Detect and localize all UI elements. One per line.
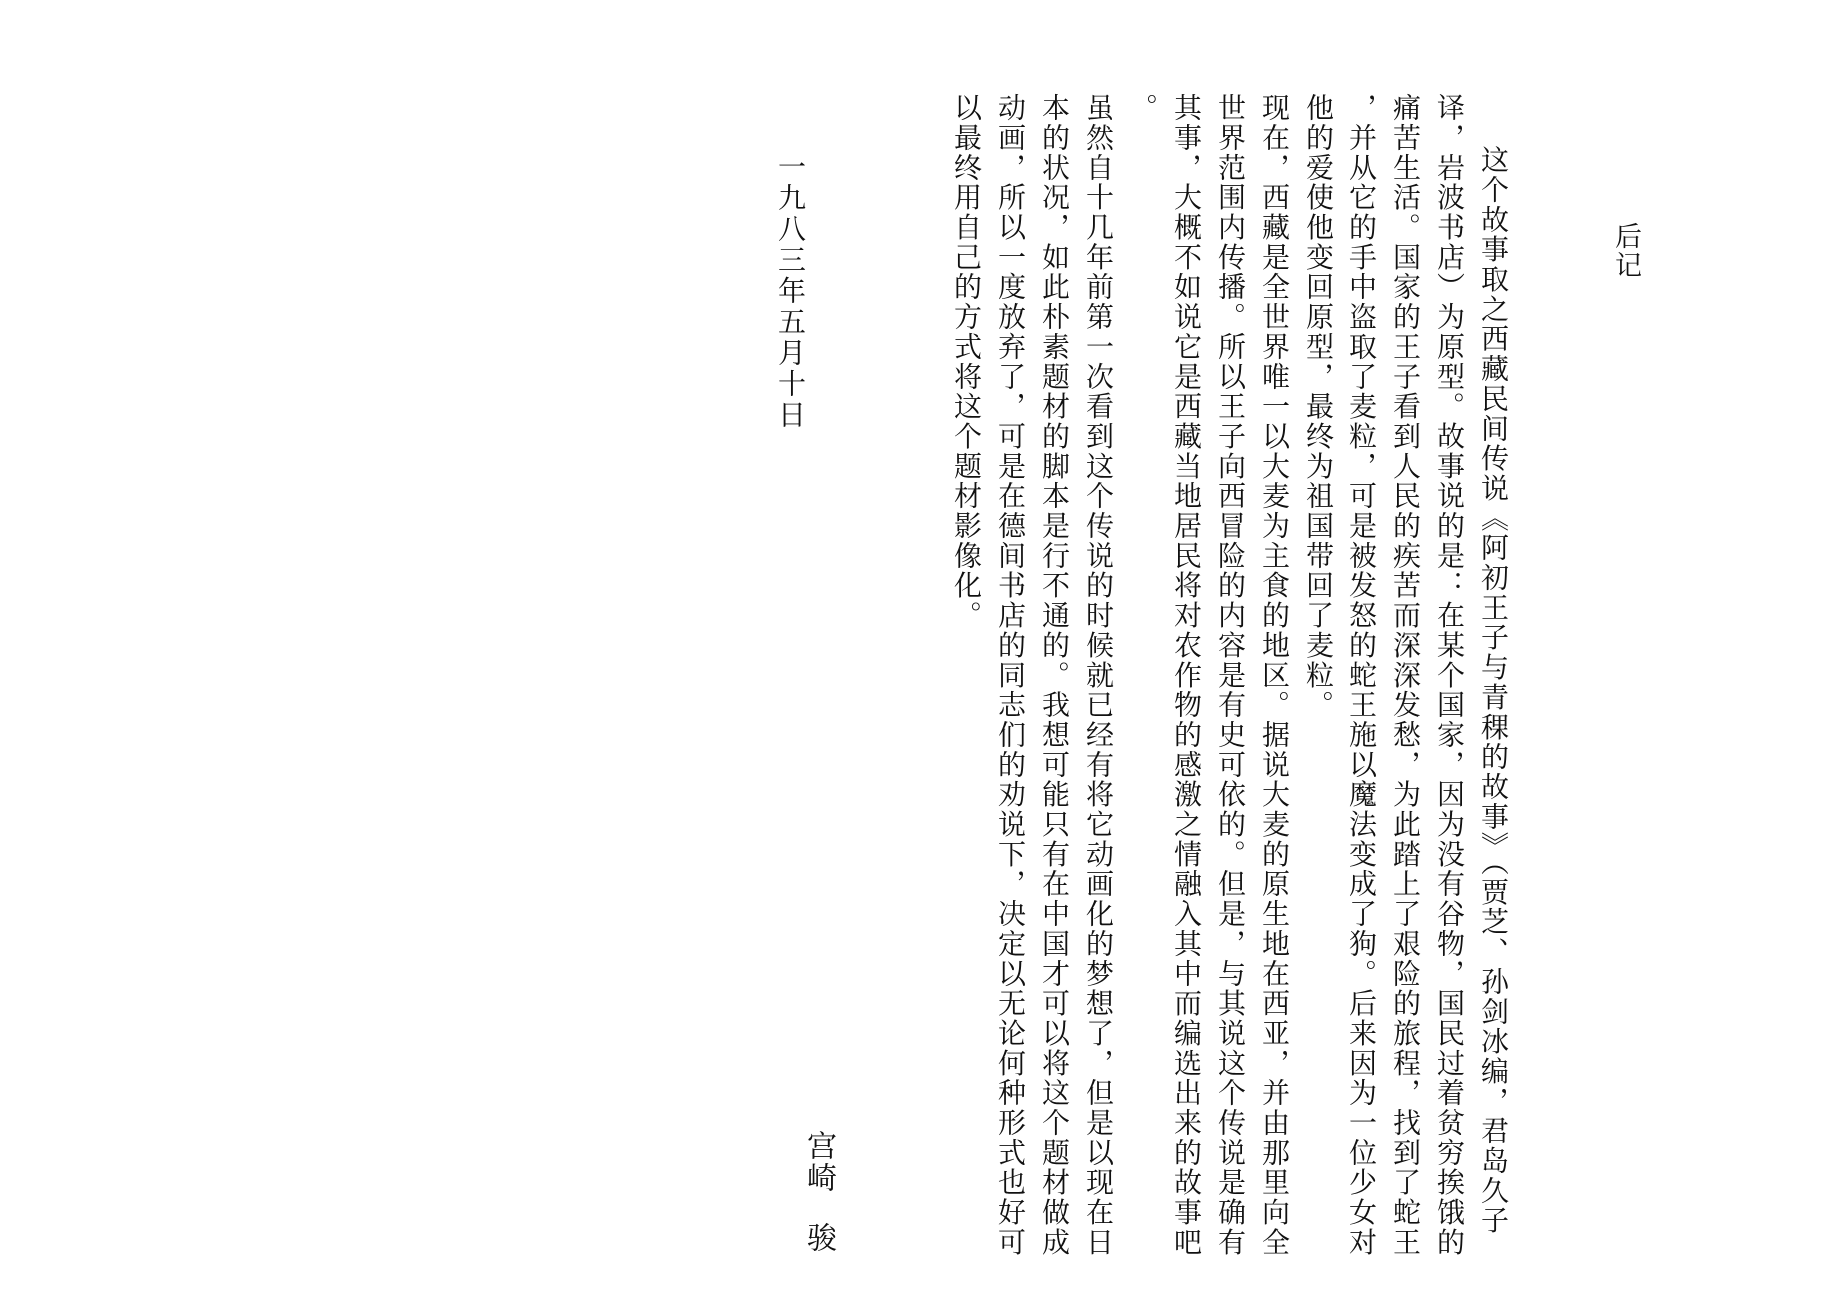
text-column-8: 其事，大概不如说它是西藏当地居民将对农作物的感激之情融入其中而编选出来的故事吧 xyxy=(1170,93,1200,1257)
text-column-1: 这个故事取之西藏民间传说《阿初王子与青稞的故事》（贾芝、孙剑冰编，君岛久子 xyxy=(1477,145,1507,1235)
text-column-10: 虽然自十几年前第一次看到这个传说的时候就已经有将它动画化的梦想了，但是以现在日 xyxy=(1082,93,1112,1257)
text-column-12: 动画，所以一度放弃了，可是在德间书店的同志们的劝说下，决定以无论何种形式也好可 xyxy=(994,93,1024,1257)
text-column-11: 本的状况，如此朴素题材的脚本是行不通的。我想可能只有在中国才可以将这个题材做成 xyxy=(1038,93,1068,1257)
document-page: 后记 这个故事取之西藏民间传说《阿初王子与青稞的故事》（贾芝、孙剑冰编，君岛久子… xyxy=(0,0,1843,1314)
text-column-13: 以最终用自己的方式将这个题材影像化。 xyxy=(950,93,980,630)
text-column-9: 。 xyxy=(1126,93,1156,123)
author-surname: 宫崎 xyxy=(801,1130,836,1194)
text-column-2: 译，岩波书店）为原型。故事说的是：在某个国家，因为没有谷物，国民过着贫穷挨饿的 xyxy=(1433,93,1463,1257)
text-column-3: 痛苦生活。国家的王子看到人民的疾苦而深深发愁，为此踏上了艰险的旅程，找到了蛇王 xyxy=(1389,93,1419,1257)
text-column-6: 现在，西藏是全世界唯一以大麦为主食的地区。据说大麦的原生地在西亚，并由那里向全 xyxy=(1258,93,1288,1257)
date-line: 一九八三年五月十日 xyxy=(776,152,804,431)
text-column-7: 世界范围内传播。所以王子向西冒险的内容是有史可依的。但是，与其说这个传说是确有 xyxy=(1214,93,1244,1257)
text-column-4: ，并从它的手中盗取了麦粒，可是被发怒的蛇王施以魔法变成了狗。后来因为一位少女对 xyxy=(1345,93,1375,1257)
author-given-name: 骏 xyxy=(801,1222,836,1254)
author-signature: 宫崎骏 xyxy=(803,1130,833,1254)
text-column-5: 他的爱使他变回原型，最终为祖国带回了麦粒。 xyxy=(1302,93,1332,720)
document-title: 后记 xyxy=(1612,222,1639,280)
